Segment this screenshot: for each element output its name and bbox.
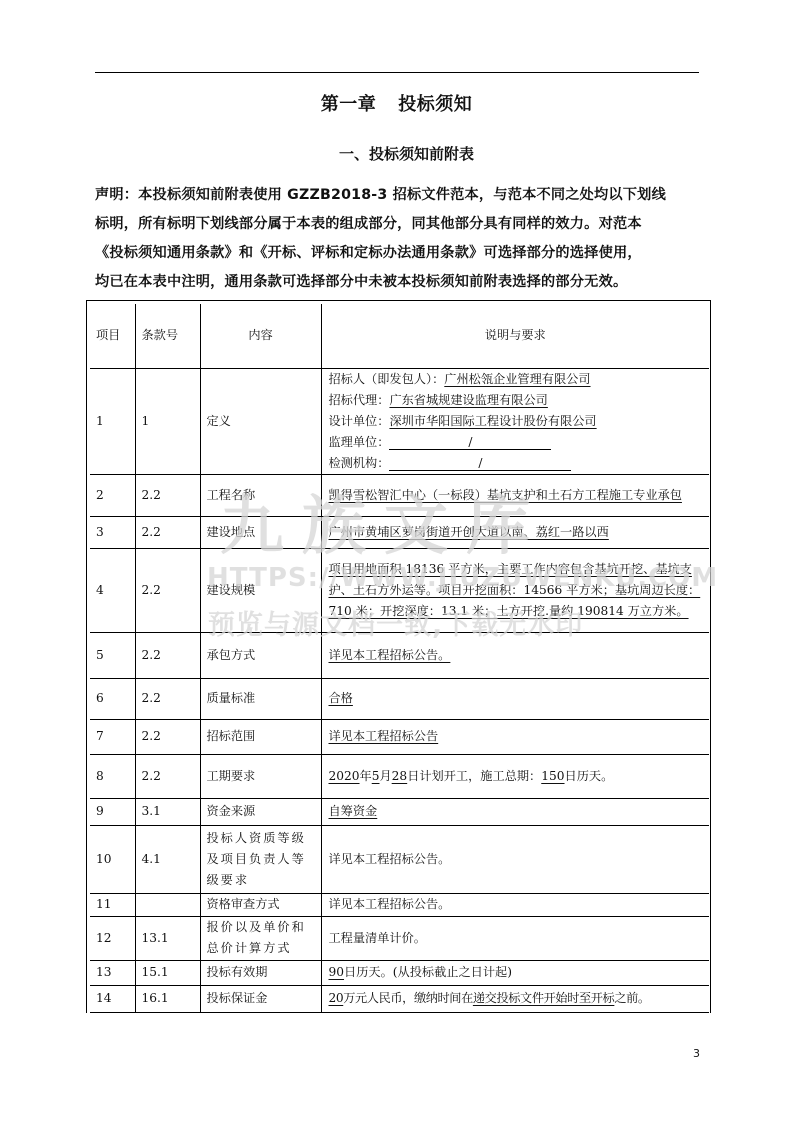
funding-source: 自筹资金 bbox=[329, 804, 378, 818]
project-scale: 项目用地面积 18136 平方米，主要工作内容包含基坑开挖、基坑支护、土石方外运… bbox=[329, 562, 701, 618]
cell-description: 合格 bbox=[321, 678, 709, 719]
header-rule bbox=[95, 72, 699, 73]
text: 之前。 bbox=[614, 991, 649, 1005]
cell-description: 2020年5月28日计划开工，施工总期：150日历天。 bbox=[321, 754, 709, 798]
cell-item: 12 bbox=[90, 916, 135, 960]
cell-description: 90日历天。(从投标截止之日计起) bbox=[321, 960, 709, 985]
cell-description: 详见本工程招标公告。 bbox=[321, 825, 709, 893]
start-day: 28 bbox=[392, 769, 408, 783]
table-row: 12 13.1 报价以及单价和总价计算方式 工程量清单计价。 bbox=[90, 916, 709, 960]
cell-item: 10 bbox=[90, 825, 135, 893]
page-number: 3 bbox=[693, 1047, 700, 1060]
supervision-label: 监理单位： bbox=[329, 435, 390, 449]
table-row: 5 2.2 承包方式 详见本工程招标公告。 bbox=[90, 632, 709, 678]
cell-item: 4 bbox=[90, 548, 135, 632]
tenderer-label: 招标人（即发包人）： bbox=[329, 372, 445, 386]
cell-content: 建设地点 bbox=[200, 516, 321, 548]
validity-days: 90 bbox=[329, 965, 345, 979]
table-row: 6 2.2 质量标准 合格 bbox=[90, 678, 709, 719]
statement-paragraph: 声明：本投标须知前附表使用 GZZB2018-3 招标文件范本，与范本不同之处均… bbox=[95, 181, 703, 297]
cell-content: 报价以及单价和总价计算方式 bbox=[200, 916, 321, 960]
design-label: 设计单位： bbox=[329, 414, 390, 428]
cell-content: 招标范围 bbox=[200, 719, 321, 754]
chapter-number: 第一章 bbox=[321, 94, 377, 115]
cell-content: 承包方式 bbox=[200, 632, 321, 678]
cell-clause: 13.1 bbox=[135, 916, 200, 960]
quality-standard: 合格 bbox=[329, 691, 353, 705]
statement-line: 《投标须知通用条款》和《开标、评标和定标办法通用条款》可选择部分的选择使用， bbox=[95, 239, 703, 268]
cell-description: 广州市黄埔区萝岗街道开创大道以南、荔红一路以西 bbox=[321, 516, 709, 548]
instructions-appendix-table: 项目 条款号 内容 说明与要求 1 1 定义 招标人（即发包人）：广州松瓴企业管… bbox=[86, 300, 711, 1013]
table-row: 10 4.1 投标人资质等级及项目负责人等级要求 详见本工程招标公告。 bbox=[90, 825, 709, 893]
cell-item: 13 bbox=[90, 960, 135, 985]
project-name: 凯得雪松智汇中心（一标段）基坑支护和土石方工程施工专业承包 bbox=[329, 488, 682, 502]
cell-item: 5 bbox=[90, 632, 135, 678]
statement-line: 均已在本表中注明，通用条款可选择部分中未被本投标须知前附表选择的部分无效。 bbox=[95, 268, 703, 297]
cell-content: 工期要求 bbox=[200, 754, 321, 798]
supervision-value: / bbox=[389, 435, 551, 450]
statement-line: 标明，所有标明下划线部分属于本表的组成部分，同其他部分具有同样的效力。对范本 bbox=[95, 210, 703, 239]
cell-content: 建设规模 bbox=[200, 548, 321, 632]
cell-item: 14 bbox=[90, 985, 135, 1012]
cell-clause: 2.2 bbox=[135, 632, 200, 678]
cell-description: 详见本工程招标公告。 bbox=[321, 893, 709, 916]
tender-scope: 详见本工程招标公告 bbox=[329, 729, 439, 743]
section-title: 一、投标须知前附表 bbox=[0, 143, 793, 164]
design-value: 深圳市华阳国际工程设计股份有限公司 bbox=[389, 414, 596, 428]
table-row: 11 资格审查方式 详见本工程招标公告。 bbox=[90, 893, 709, 916]
duration-days: 150 bbox=[541, 769, 564, 783]
table-row: 2 2.2 工程名称 凯得雪松智汇中心（一标段）基坑支护和土石方工程施工专业承包 bbox=[90, 474, 709, 516]
table-row: 1 1 定义 招标人（即发包人）：广州松瓴企业管理有限公司 招标代理：广东省城规… bbox=[90, 368, 709, 474]
text: 日历天。(从投标截止之日计起) bbox=[344, 965, 512, 979]
testing-label: 检测机构： bbox=[329, 456, 390, 470]
header-item: 项目 bbox=[90, 304, 135, 368]
cell-clause bbox=[135, 893, 200, 916]
cell-clause: 15.1 bbox=[135, 960, 200, 985]
cell-clause: 4.1 bbox=[135, 825, 200, 893]
cell-description: 招标人（即发包人）：广州松瓴企业管理有限公司 招标代理：广东省城规建设监理有限公… bbox=[321, 368, 709, 474]
text: 年 bbox=[360, 769, 372, 783]
cell-item: 9 bbox=[90, 798, 135, 825]
table-row: 4 2.2 建设规模 项目用地面积 18136 平方米，主要工作内容包含基坑开挖… bbox=[90, 548, 709, 632]
table-row: 14 16.1 投标保证金 20万元人民币，缴纳时间在递交投标文件开始时至开标之… bbox=[90, 985, 709, 1012]
table-header-row: 项目 条款号 内容 说明与要求 bbox=[90, 304, 709, 368]
table-row: 13 15.1 投标有效期 90日历天。(从投标截止之日计起) bbox=[90, 960, 709, 985]
cell-description: 凯得雪松智汇中心（一标段）基坑支护和土石方工程施工专业承包 bbox=[321, 474, 709, 516]
text: 日历天。 bbox=[565, 769, 614, 783]
header-description: 说明与要求 bbox=[321, 304, 709, 368]
header-content: 内容 bbox=[200, 304, 321, 368]
cell-item: 3 bbox=[90, 516, 135, 548]
text: 日计划开工，施工总期： bbox=[407, 769, 541, 783]
start-year: 2020 bbox=[329, 769, 360, 783]
agent-value: 广东省城规建设监理有限公司 bbox=[389, 393, 547, 407]
table-row: 8 2.2 工期要求 2020年5月28日计划开工，施工总期：150日历天。 bbox=[90, 754, 709, 798]
cell-clause: 2.2 bbox=[135, 719, 200, 754]
bond-amount: 20 bbox=[329, 991, 344, 1005]
cell-description: 工程量清单计价。 bbox=[321, 916, 709, 960]
cell-clause: 2.2 bbox=[135, 548, 200, 632]
cell-clause: 3.1 bbox=[135, 798, 200, 825]
cell-clause: 16.1 bbox=[135, 985, 200, 1012]
cell-clause: 2.2 bbox=[135, 516, 200, 548]
cell-item: 8 bbox=[90, 754, 135, 798]
cell-content: 投标有效期 bbox=[200, 960, 321, 985]
cell-clause: 2.2 bbox=[135, 754, 200, 798]
contract-method: 详见本工程招标公告。 bbox=[329, 648, 451, 662]
cell-content: 质量标准 bbox=[200, 678, 321, 719]
agent-label: 招标代理： bbox=[329, 393, 390, 407]
cell-description: 详见本工程招标公告。 bbox=[321, 632, 709, 678]
cell-content: 工程名称 bbox=[200, 474, 321, 516]
chapter-name: 投标须知 bbox=[398, 94, 472, 115]
header-clause: 条款号 bbox=[135, 304, 200, 368]
text: 万元人民币，缴纳时间在 bbox=[343, 991, 473, 1005]
cell-clause: 1 bbox=[135, 368, 200, 474]
cell-description: 详见本工程招标公告 bbox=[321, 719, 709, 754]
cell-item: 2 bbox=[90, 474, 135, 516]
cell-content: 资金来源 bbox=[200, 798, 321, 825]
cell-description: 自筹资金 bbox=[321, 798, 709, 825]
project-location: 广州市黄埔区萝岗街道开创大道以南、荔红一路以西 bbox=[329, 525, 609, 539]
tenderer-value: 广州松瓴企业管理有限公司 bbox=[444, 372, 590, 386]
cell-content: 投标人资质等级及项目负责人等级要求 bbox=[200, 825, 321, 893]
cell-item: 7 bbox=[90, 719, 135, 754]
statement-line: 声明：本投标须知前附表使用 GZZB2018-3 招标文件范本，与范本不同之处均… bbox=[95, 181, 703, 210]
table-row: 3 2.2 建设地点 广州市黄埔区萝岗街道开创大道以南、荔红一路以西 bbox=[90, 516, 709, 548]
testing-value: / bbox=[389, 456, 571, 471]
text: 月 bbox=[379, 769, 391, 783]
cell-clause: 2.2 bbox=[135, 678, 200, 719]
table-row: 9 3.1 资金来源 自筹资金 bbox=[90, 798, 709, 825]
cell-item: 6 bbox=[90, 678, 135, 719]
cell-content: 投标保证金 bbox=[200, 985, 321, 1012]
bond-period: 递交投标文件开始时至开标 bbox=[473, 991, 614, 1005]
cell-item: 11 bbox=[90, 893, 135, 916]
cell-description: 项目用地面积 18136 平方米，主要工作内容包含基坑开挖、基坑支护、土石方外运… bbox=[321, 548, 709, 632]
cell-item: 1 bbox=[90, 368, 135, 474]
cell-content: 资格审查方式 bbox=[200, 893, 321, 916]
table-row: 7 2.2 招标范围 详见本工程招标公告 bbox=[90, 719, 709, 754]
cell-content: 定义 bbox=[200, 368, 321, 474]
chapter-title: 第一章投标须知 bbox=[0, 90, 793, 116]
cell-clause: 2.2 bbox=[135, 474, 200, 516]
cell-description: 20万元人民币，缴纳时间在递交投标文件开始时至开标之前。 bbox=[321, 985, 709, 1012]
